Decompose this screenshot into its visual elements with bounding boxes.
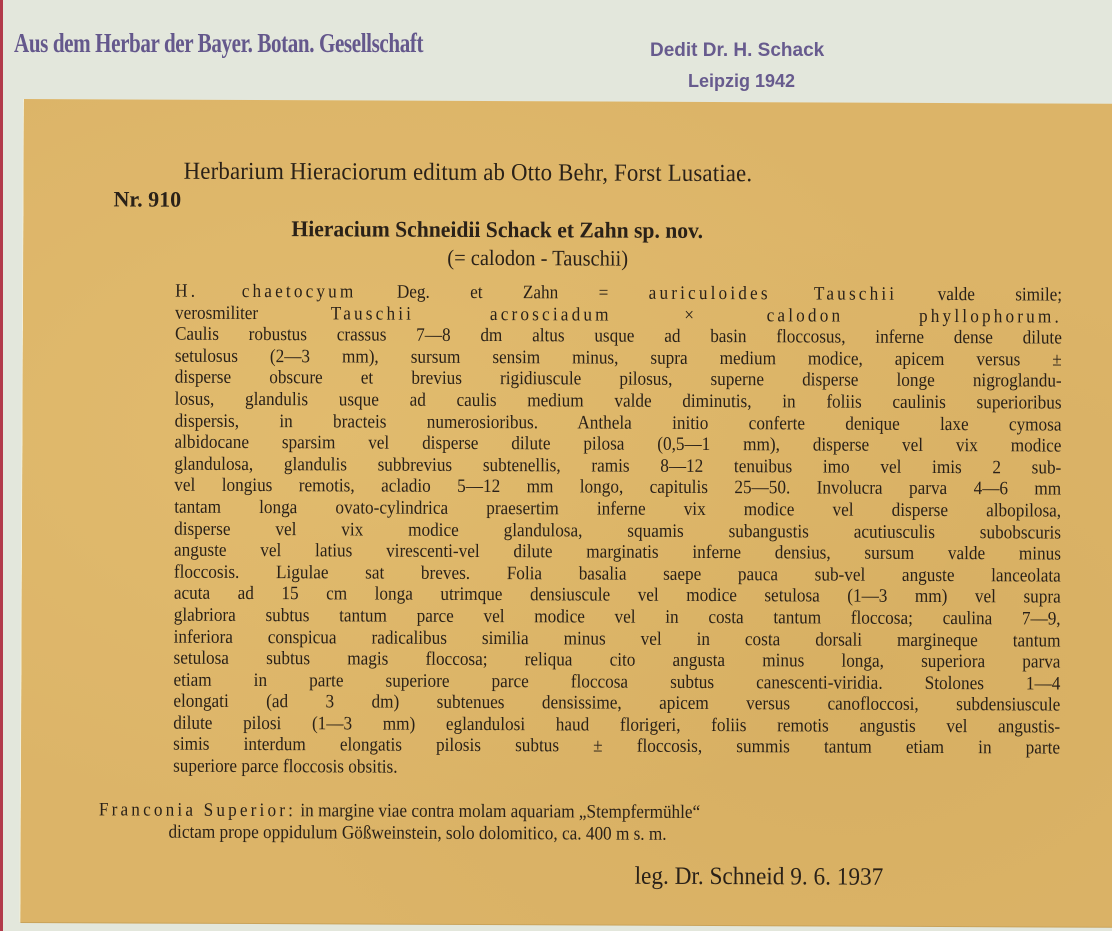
donor-stamp-line1: Dedit Dr. H. Schack bbox=[650, 40, 824, 62]
sheet-edge bbox=[0, 0, 3, 931]
synonym: (= calodon - Tauschii) bbox=[447, 245, 628, 272]
collector-date: leg. Dr. Schneid 9. 6. 1937 bbox=[635, 863, 884, 892]
series-header: Herbarium Hieraciorum editum ab Otto Beh… bbox=[184, 158, 753, 188]
specimen-number: Nr. 910 bbox=[114, 186, 182, 212]
herbarium-stamp: Aus dem Herbar der Bayer. Botan. Gesells… bbox=[14, 28, 423, 59]
locality: Franconia Superior: in margine viae cont… bbox=[99, 799, 1013, 847]
locality-line: dictam prope oppidulum Gößweinstein, sol… bbox=[99, 821, 1013, 847]
specimen-label: Herbarium Hieraciorum editum ab Otto Beh… bbox=[20, 99, 1112, 927]
description: H. chaetocyum Deg. et Zahn = auriculoide… bbox=[173, 281, 1062, 782]
donor-stamp-line2: Leipzig 1942 bbox=[688, 71, 795, 92]
description-line: glabriora subtus tantum parce vel modice… bbox=[174, 605, 1061, 630]
taxon-title: Hieracium Schneidii Schack et Zahn sp. n… bbox=[291, 216, 703, 244]
locality-region: Franconia Superior: bbox=[99, 799, 296, 821]
description-line: superiore parce floccosis obsitis. bbox=[173, 756, 1060, 781]
